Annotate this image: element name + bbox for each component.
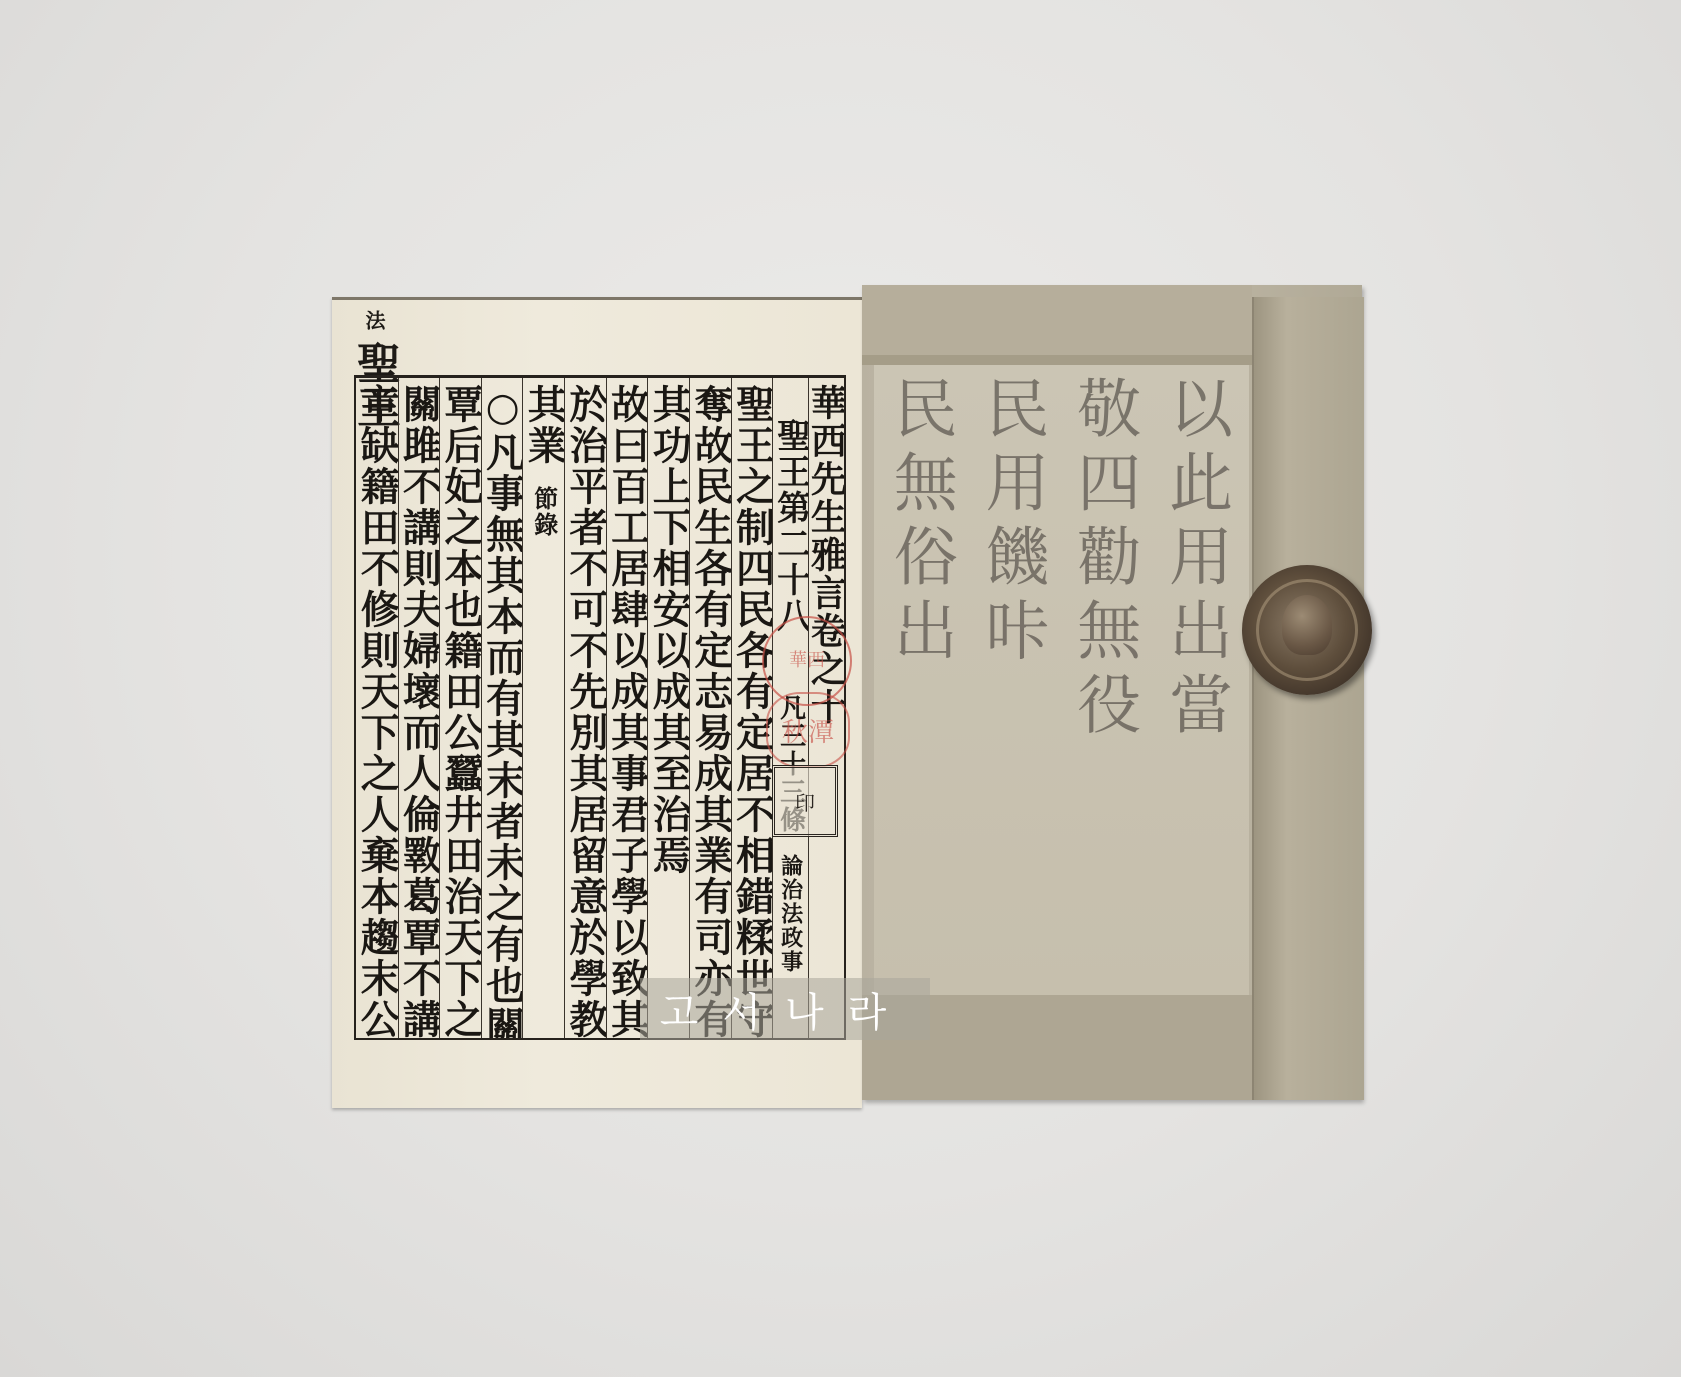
text-column: 故曰百工居肆以成其事君子學以致其道後世之留意: [606, 378, 648, 1038]
watermark: 고서나라: [640, 978, 930, 1040]
brush-column: 民用饑咔: [980, 375, 1052, 985]
black-square-seal-icon: 印: [772, 765, 838, 837]
red-name-seal-icon: 秋潭: [766, 692, 850, 768]
text-column: 其業 節錄: [522, 378, 564, 1038]
cover-top-band: [862, 285, 1252, 365]
text-column: 關雎不講則夫婦壞而人倫斁葛覃不講則蠶織賤而衣: [398, 378, 440, 1038]
chapter-subject: 論治法政事: [780, 854, 802, 974]
text-column: 其功上下相安以成其至治焉: [647, 378, 689, 1038]
cover-flap: [1252, 297, 1364, 1100]
text-column: 覃后妃之本也籍田公蠶井田治天下之本也: [439, 378, 481, 1038]
brush-column: 敬四勸無役: [1072, 375, 1144, 985]
brass-weight-knob-icon: [1242, 565, 1372, 695]
brush-column: 以此用出當: [1163, 375, 1235, 985]
text-column: 奪故民生各有定志易成其業有司亦有定名易考: [689, 378, 731, 1038]
margin-label-small: 法: [362, 310, 386, 330]
text-column: ○凡事無其本而有其末者未之有也關雎人倫之本也葛: [481, 378, 523, 1038]
brush-column: 民無俗出: [888, 375, 960, 985]
handwritten-endpaper: 以此用出當 敬四勸無役 民用饑咔 民無俗出: [874, 365, 1249, 995]
excerpt-note: 節錄: [532, 486, 556, 538]
text-column: 於治平者不可不先別其居留意於學教者不可不先擇: [564, 378, 606, 1038]
text-column: 章缺籍田不修則天下之人棄本趨末公蠶不修則天下之: [356, 378, 397, 1038]
cover-endpaper: 以此用出當 敬四勸無役 民用饑咔 民無俗出: [862, 285, 1362, 1100]
text-column: 聖王之制四民各有定居不相錯糅世守定業不相侵: [731, 378, 773, 1038]
